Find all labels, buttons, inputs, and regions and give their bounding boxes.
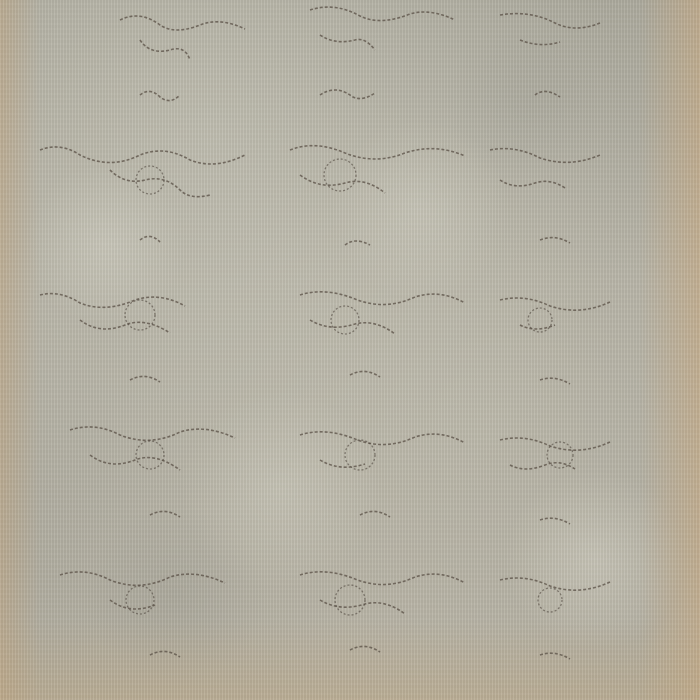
floral-motifs <box>0 0 700 700</box>
rug-texture <box>0 0 700 700</box>
